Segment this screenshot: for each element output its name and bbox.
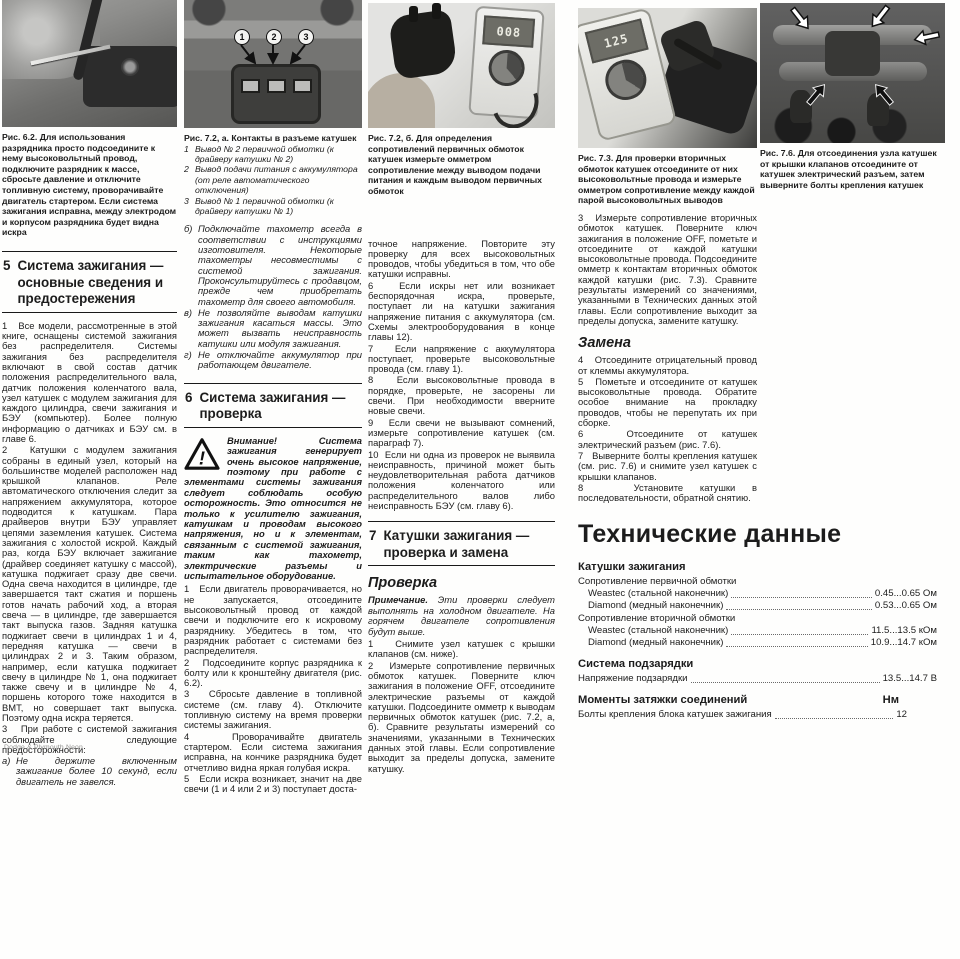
technical-data-title: Технические данные bbox=[578, 520, 937, 549]
spec-row: Weastec (стальной наконечник) 11.5...13.… bbox=[578, 625, 937, 637]
item-number: 3 bbox=[184, 196, 195, 217]
step: 6 Отсоедините от катушек электрический р… bbox=[578, 429, 757, 450]
multimeter-dial bbox=[601, 55, 650, 104]
dot-leader bbox=[731, 634, 868, 635]
step: 1 Если двигатель проворачивается, но не … bbox=[184, 584, 362, 656]
figure-7-3-photo: 125 bbox=[578, 8, 757, 148]
oil-cap-shape bbox=[121, 58, 139, 76]
item-text: Не держите включенным зажигание более 10… bbox=[16, 756, 177, 787]
coils-heading: Катушки зажигания bbox=[578, 561, 937, 573]
column-4: 125 Рис. 7.3. Для проверки вторичных обм… bbox=[578, 0, 757, 504]
spec-label: Diamond (медный наконечник) bbox=[588, 600, 723, 612]
section-6-heading: 6 Система зажигания — проверка bbox=[185, 390, 362, 423]
rule bbox=[184, 427, 362, 428]
figure-7-2a-caption-title: Рис. 7.2, а. Контакты в разъеме катушек bbox=[184, 133, 362, 144]
spec-row: Болты крепления блока катушек зажигания … bbox=[578, 709, 937, 721]
caution-item-v: в) Не позволяйте выводам катушки зажиган… bbox=[184, 308, 362, 349]
spec-row: Diamond (медный наконечник) 10.9...14.7 … bbox=[578, 637, 937, 649]
multimeter-reading: 008 bbox=[497, 24, 523, 40]
step: 2 Измерьте сопротивление первичных обмот… bbox=[368, 661, 555, 774]
item-text: Не позволяйте выводам катушки зажигания … bbox=[198, 308, 362, 349]
paragraph: 1 Все модели, рассмотренные в этой книге… bbox=[2, 321, 177, 445]
section-title: Система зажигания — проверка bbox=[199, 390, 362, 423]
check-subheading: Проверка bbox=[368, 575, 555, 591]
item-text: Подключайте тахометр всегда в соответств… bbox=[198, 224, 362, 306]
page-background: Рис. 6.2. Для использования разрядника п… bbox=[0, 0, 960, 959]
dot-leader bbox=[726, 646, 867, 647]
rule bbox=[184, 383, 362, 384]
multimeter-shape: 125 bbox=[578, 8, 678, 142]
note-label: Примечание. bbox=[368, 594, 428, 605]
dot-leader bbox=[731, 597, 872, 598]
item-letter: г) bbox=[184, 350, 198, 371]
spec-label: Weastec (стальной наконечник) bbox=[588, 625, 728, 637]
column-5: Рис. 7.6. Для отсоединения узла катушек … bbox=[760, 0, 945, 190]
figure-7-2a-item: 3 Вывод № 1 первичной обмотки (к драйвер… bbox=[184, 196, 362, 217]
step: 1 Снимите узел катушек с крышки клапанов… bbox=[368, 639, 555, 660]
paragraph: 2 Катушки с модулем зажигания собраны в … bbox=[2, 445, 177, 723]
step: 8 Если высоковольтные провода в порядке,… bbox=[368, 375, 555, 416]
replace-subheading: Замена bbox=[578, 335, 757, 351]
step: 7 Если напряжение с аккумулятора поступа… bbox=[368, 344, 555, 375]
item-text: Вывод № 1 первичной обмотки (к драйверу … bbox=[195, 196, 362, 217]
figure-6-2-photo bbox=[2, 0, 177, 127]
hand-shape bbox=[368, 73, 435, 128]
torque-heading-row: Моменты затяжки соединений Нм bbox=[578, 694, 937, 706]
section-number: 5 bbox=[3, 258, 10, 308]
spec-value: 13.5...14.7 В bbox=[883, 673, 937, 685]
rule bbox=[2, 312, 177, 313]
multimeter-reading: 125 bbox=[603, 31, 630, 51]
spec-row: Weastec (стальной наконечник) 0.45...0.6… bbox=[578, 588, 937, 600]
item-letter: б) bbox=[184, 224, 198, 306]
multimeter-display: 008 bbox=[483, 15, 536, 48]
primary-resistance-label: Сопротивление первичной обмотки bbox=[578, 576, 937, 588]
section-title: Катушки зажигания — проверка и замена bbox=[383, 528, 555, 561]
item-letter: в) bbox=[184, 308, 198, 349]
figure-6-2-caption: Рис. 6.2. Для использования разрядника п… bbox=[2, 132, 177, 238]
rule bbox=[368, 565, 555, 566]
step: 3 Измерьте сопротивление вторичных обмот… bbox=[578, 213, 757, 326]
figure-7-2b-caption: Рис. 7.2, б. Для определения сопротивлен… bbox=[368, 133, 555, 197]
warning-triangle-icon: ! bbox=[184, 438, 220, 470]
step: 2 Подсоедините корпус разрядника к болту… bbox=[184, 658, 362, 689]
charging-heading: Система подзарядки bbox=[578, 658, 937, 670]
column-1: Рис. 6.2. Для использования разрядника п… bbox=[2, 0, 177, 788]
spec-value: 0.53...0.65 Ом bbox=[875, 600, 937, 612]
step: 4 Проворачивайте двигатель стартером. Ес… bbox=[184, 732, 362, 773]
figure-7-2a-item: 1 Вывод № 2 первичной обмотки (к драйвер… bbox=[184, 144, 362, 165]
rule bbox=[2, 251, 177, 252]
spec-row: Diamond (медный наконечник) 0.53...0.65 … bbox=[578, 600, 937, 612]
item-number: 1 bbox=[184, 144, 195, 165]
coil-tower-shape bbox=[432, 3, 441, 19]
item-text: Вывод подачи питания с аккумулятора (от … bbox=[195, 164, 362, 195]
spec-value: 0.45...0.65 Ом bbox=[875, 588, 937, 600]
coil-pack-shape bbox=[388, 9, 458, 79]
torque-heading: Моменты затяжки соединений bbox=[578, 694, 747, 706]
pointer-arrows-icon bbox=[760, 3, 945, 143]
step: 4 Отсоедините отрицательный провод от кл… bbox=[578, 355, 757, 376]
caution-item-b: б) Подключайте тахометр всегда в соответ… bbox=[184, 224, 362, 306]
step: 7 Выверните болты крепления катушек (см.… bbox=[578, 451, 757, 482]
spec-value: 12 bbox=[896, 709, 907, 721]
figure-7-2b-photo: 008 bbox=[368, 3, 555, 128]
item-text: Не отключайте аккумулятор при работающем… bbox=[198, 350, 362, 371]
multimeter-display: 125 bbox=[584, 18, 648, 63]
section-title: Система зажигания — основные сведения и … bbox=[17, 258, 177, 308]
step-continued: точное напряжение. Повторите эту проверк… bbox=[368, 239, 555, 280]
dot-leader bbox=[691, 682, 880, 683]
page-footer: Dodge & Plymouth Neon bbox=[4, 744, 83, 751]
coil-tower-shape bbox=[409, 6, 418, 22]
spec-value: 10.9...14.7 кОм bbox=[871, 637, 937, 649]
spec-label: Болты крепления блока катушек зажигания bbox=[578, 709, 772, 721]
warning-block: ! Внимание! Система зажигания генерирует… bbox=[184, 436, 362, 582]
step: 5 Если искра возникает, значит на две св… bbox=[184, 774, 362, 795]
caution-item-g: г) Не отключайте аккумулятор при работаю… bbox=[184, 350, 362, 371]
item-number: 2 bbox=[184, 164, 195, 195]
secondary-resistance-label: Сопротивление вторичной обмотки bbox=[578, 613, 937, 625]
dot-leader bbox=[726, 609, 871, 610]
item-text: Вывод № 2 первичной обмотки (к драйверу … bbox=[195, 144, 362, 165]
caution-item-a: а) Не держите включенным зажигание более… bbox=[2, 756, 177, 787]
section-7-heading: 7 Катушки зажигания — проверка и замена bbox=[369, 528, 555, 561]
spec-label: Weastec (стальной наконечник) bbox=[588, 588, 728, 600]
section-number: 6 bbox=[185, 390, 192, 423]
spec-row: Напряжение подзарядки 13.5...14.7 В bbox=[578, 673, 937, 685]
valve-cover-shape bbox=[83, 46, 177, 107]
figure-7-2a-item: 2 Вывод подачи питания с аккумулятора (о… bbox=[184, 164, 362, 195]
rule bbox=[368, 521, 555, 522]
section-number: 7 bbox=[369, 528, 376, 561]
note-paragraph: Примечание. Эти проверки следует выполня… bbox=[368, 595, 555, 637]
callout-arrows-icon bbox=[184, 0, 362, 128]
column-2: 1 2 3 Рис. 7.2, а. Контакты в разъеме ка… bbox=[184, 0, 362, 795]
svg-text:!: ! bbox=[199, 447, 205, 468]
dot-leader bbox=[775, 718, 894, 719]
figure-7-3-caption: Рис. 7.3. Для проверки вторичных обмоток… bbox=[578, 153, 757, 206]
step: 5 Пометьте и отсоедините от катушек высо… bbox=[578, 377, 757, 428]
step: 6 Если искры нет или возникает беспорядо… bbox=[368, 281, 555, 343]
step: 3 Сбросьте давление в топливной системе … bbox=[184, 689, 362, 730]
figure-7-6-caption: Рис. 7.6. Для отсоединения узла катушек … bbox=[760, 148, 945, 190]
step: 8 Установите катушки в последовательност… bbox=[578, 483, 757, 504]
spec-label: Diamond (медный наконечник) bbox=[588, 637, 723, 649]
figure-7-6-photo bbox=[760, 3, 945, 143]
spec-value: 11.5...13.5 кОм bbox=[871, 625, 937, 637]
spec-label: Напряжение подзарядки bbox=[578, 673, 688, 685]
torque-unit: Нм bbox=[883, 694, 899, 706]
figure-7-2a-photo: 1 2 3 bbox=[184, 0, 362, 128]
item-letter: а) bbox=[2, 756, 16, 787]
technical-data-section: Технические данные Катушки зажигания Соп… bbox=[578, 520, 937, 722]
step: 10 Если ни одна из проверок не выявила н… bbox=[368, 450, 555, 512]
section-5-heading: 5 Система зажигания — основные сведения … bbox=[3, 258, 177, 308]
column-3: 008 Рис. 7.2, б. Для определения сопроти… bbox=[368, 0, 555, 775]
step: 9 Если свечи не вызывают сомнений, измер… bbox=[368, 418, 555, 449]
scanned-manual-page: { "page": { "footer_left": "Dodge & Plym… bbox=[0, 0, 960, 959]
